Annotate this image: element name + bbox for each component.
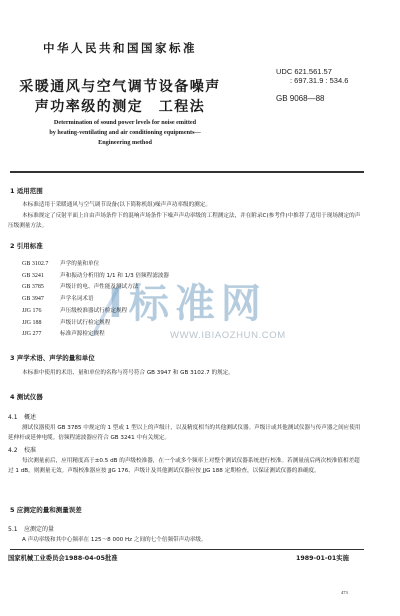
subsection-number: 4.1 — [8, 414, 24, 421]
approval-date: 国家机械工业委员会1988-04-05批准 — [8, 553, 118, 562]
section-3-para: 本标准中使用的术语、量和单位的名称与符号符合 GB 3947 和 GB 3102… — [8, 368, 363, 378]
subsection-number: 5.1 — [8, 526, 24, 533]
reference-item: GB 3241声和振动分析用的 1/1 和 1/3 倍频程滤波器 — [22, 271, 169, 283]
section-1-para-2: 本标准规定了反射平面上自由声场条件下的混响声场条件下噪声声功率级的工程测定法，并… — [8, 211, 363, 231]
reference-code: GB 3785 — [22, 282, 60, 294]
reference-title: 标准声源检定规程 — [60, 329, 105, 341]
subsection-4-1-heading: 4.1概述 — [8, 412, 36, 421]
title-en: Determination of sound power levels for … — [0, 118, 250, 148]
reference-title: 声和振动分析用的 1/1 和 1/3 倍频程滤波器 — [60, 271, 169, 283]
section-2-heading: 2 引用标准 — [10, 241, 43, 250]
reference-title: 声级计的电、声性能及测试方法 — [60, 282, 138, 294]
footer-divider — [10, 549, 364, 550]
udc-line1: UDC 621.561.57 — [276, 67, 348, 76]
reference-code: GB 3241 — [22, 271, 60, 283]
reference-item: GB 3102.7声学的量和单位 — [22, 259, 169, 271]
page-number: 473 — [341, 590, 348, 595]
section-4-heading: 4 测试仪器 — [10, 392, 43, 401]
section-5-heading: 5 应测定的量和测量误差 — [10, 505, 82, 514]
section-1-para-1: 本标准适用于采暖通风与空气调节设备(以下简称机组)噪声声功率级的测定。 — [8, 200, 363, 210]
reference-list: GB 3102.7声学的量和单位 GB 3241声和振动分析用的 1/1 和 1… — [22, 259, 169, 341]
udc-code: UDC 621.561.57 : 697.31.9 : 534.6 — [276, 67, 348, 85]
reference-code: GB 3947 — [22, 294, 60, 306]
subsection-5-1-para: A 声功率级和其中心频率在 125～8 000 Hz 之间的七个倍频带声功率级。 — [8, 535, 363, 545]
subsection-title: 校准 — [24, 447, 36, 454]
title-en-line3: Engineering method — [0, 138, 250, 148]
reference-item: JJG 188声级计试行检定规程 — [22, 318, 169, 330]
reference-item: JJG 277标准声源检定规程 — [22, 329, 169, 341]
subsection-5-1-heading: 5.1应测定的量 — [8, 524, 54, 533]
reference-code: GB 3102.7 — [22, 259, 60, 271]
reference-item: GB 3785声级计的电、声性能及测试方法 — [22, 282, 169, 294]
reference-title: 声级计试行检定规程 — [60, 318, 110, 330]
title-en-line1: Determination of sound power levels for … — [0, 118, 250, 128]
reference-code: JJG 188 — [22, 318, 60, 330]
reference-title: 声学名词术语 — [60, 294, 94, 306]
reference-item: JJG 176声压级校准器试行检定规程 — [22, 306, 169, 318]
section-3-heading: 3 声学术语、声学的量和单位 — [10, 353, 95, 362]
subsection-title: 应测定的量 — [24, 526, 54, 533]
title-cn-line2: 声功率级的测定 工程法 — [0, 96, 240, 116]
subsection-4-1-para: 测试仪器使用 GB 3785 中规定的 1 型或 1 型以上的声级计，以及精度相… — [8, 423, 363, 443]
reference-item: GB 3947声学名词术语 — [22, 294, 169, 306]
watermark-url: WWW.IBIAOZHUN.COM — [170, 330, 286, 341]
standard-name: 中华人民共和国国家标准 — [0, 40, 240, 56]
subsection-number: 4.2 — [8, 447, 24, 454]
title-en-line2: by heating-ventilating and air condition… — [0, 128, 250, 138]
gb-number: GB 9068—88 — [276, 94, 324, 103]
title-cn-line1: 采暖通风与空气调节设备噪声 — [0, 76, 240, 96]
header-divider — [10, 171, 364, 173]
subsection-4-2-heading: 4.2校准 — [8, 445, 36, 454]
reference-title: 声压级校准器试行检定规程 — [60, 306, 127, 318]
subsection-4-2-para: 每次测量前后，应用精度高于±0.5 dB 的声级校准器，在一个或多个频率上对整个… — [8, 456, 363, 476]
section-1-heading: 1 适用范围 — [10, 186, 43, 195]
reference-code: JJG 277 — [22, 329, 60, 341]
udc-line2: : 697.31.9 : 534.6 — [276, 76, 348, 85]
subsection-title: 概述 — [24, 414, 36, 421]
reference-title: 声学的量和单位 — [60, 259, 99, 271]
implementation-date: 1989-01-01实施 — [296, 553, 349, 562]
reference-code: JJG 176 — [22, 306, 60, 318]
